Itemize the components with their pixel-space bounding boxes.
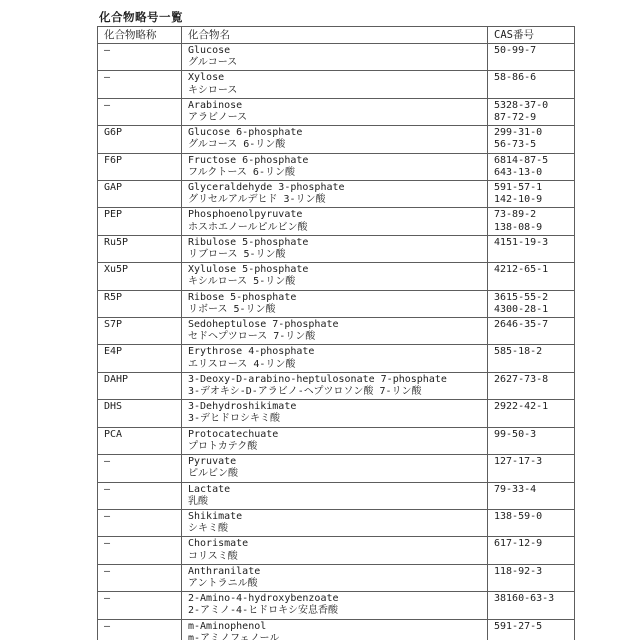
compound-name-cell: Ribulose 5-phosphateリブロース 5-リン酸 [182, 235, 488, 262]
compound-abbr-cell: DHS [98, 400, 182, 427]
compound-abbr-cell: F6P [98, 153, 182, 180]
table-row: GAPGlyceraldehyde 3-phosphateグリセルアルデヒド 3… [98, 181, 575, 208]
compound-table: 化合物略称 化合物名 CAS番号 —Glucoseグルコース50-99-7—Xy… [97, 26, 575, 640]
cas-number-cell: 591-27-5 [488, 619, 575, 640]
compound-abbr-cell: — [98, 509, 182, 536]
compound-name-ja: ピルビン酸 [188, 468, 482, 480]
compound-name-cell: Fructose 6-phosphateフルクトース 6-リン酸 [182, 153, 488, 180]
compound-name-cell: Anthranilateアントラニル酸 [182, 564, 488, 591]
cas-number: 6814-87-5 [494, 155, 569, 167]
compound-name-en: Anthranilate [188, 566, 482, 578]
cas-number: 4151-19-3 [494, 237, 569, 249]
compound-name-cell: 3-Deoxy-D-arabino-heptulosonate 7-phosph… [182, 372, 488, 399]
compound-name-en: 2-Amino-4-hydroxybenzoate [188, 593, 482, 605]
compound-name-ja: リボース 5-リン酸 [188, 304, 482, 316]
compound-name-cell: Chorismateコリスミ酸 [182, 537, 488, 564]
compound-name-ja: グリセルアルデヒド 3-リン酸 [188, 194, 482, 206]
compound-name-cell: Glyceraldehyde 3-phosphateグリセルアルデヒド 3-リン… [182, 181, 488, 208]
cas-number: 138-08-9 [494, 222, 569, 234]
table-row: —2-Amino-4-hydroxybenzoate2-アミノ-4-ヒドロキシ安… [98, 592, 575, 619]
cas-number-cell: 73-89-2138-08-9 [488, 208, 575, 235]
cas-number: 591-57-1 [494, 182, 569, 194]
compound-name-cell: 2-Amino-4-hydroxybenzoate2-アミノ-4-ヒドロキシ安息… [182, 592, 488, 619]
cas-number: 79-33-4 [494, 484, 569, 496]
compound-name-ja: ホスホエノールピルビン酸 [188, 222, 482, 234]
cas-number: 38160-63-3 [494, 593, 569, 605]
table-row: —Shikimateシキミ酸138-59-0 [98, 509, 575, 536]
cas-number: 617-12-9 [494, 538, 569, 550]
cas-number-cell: 591-57-1142-10-9 [488, 181, 575, 208]
cas-number: 299-31-0 [494, 127, 569, 139]
cas-number-cell: 50-99-7 [488, 44, 575, 71]
compound-name-en: Glucose [188, 45, 482, 57]
compound-name-en: Ribulose 5-phosphate [188, 237, 482, 249]
table-row: —Anthranilateアントラニル酸118-92-3 [98, 564, 575, 591]
compound-name-ja: リブロース 5-リン酸 [188, 249, 482, 261]
compound-abbr-cell: — [98, 619, 182, 640]
compound-name-ja: 乳酸 [188, 496, 482, 508]
compound-abbr-cell: — [98, 71, 182, 98]
table-row: E4PErythrose 4-phosphateエリスロース 4-リン酸585-… [98, 345, 575, 372]
compound-abbr-cell: — [98, 98, 182, 125]
compound-abbr-cell: Ru5P [98, 235, 182, 262]
cas-number: 73-89-2 [494, 209, 569, 221]
compound-abbr-cell: S7P [98, 318, 182, 345]
cas-number: 87-72-9 [494, 112, 569, 124]
compound-name-ja: シキミ酸 [188, 523, 482, 535]
cas-number: 127-17-3 [494, 456, 569, 468]
cas-number: 99-50-3 [494, 429, 569, 441]
compound-abbr-cell: R5P [98, 290, 182, 317]
cas-number-cell: 2922-42-1 [488, 400, 575, 427]
page-title: 化合物略号一覧 [99, 9, 183, 25]
compound-abbr-cell: PCA [98, 427, 182, 454]
compound-abbr-cell: DAHP [98, 372, 182, 399]
cas-number-cell: 118-92-3 [488, 564, 575, 591]
compound-abbr-cell: E4P [98, 345, 182, 372]
compound-name-en: 3-Dehydroshikimate [188, 401, 482, 413]
compound-name-ja: 3-デヒドロシキミ酸 [188, 413, 482, 425]
compound-abbr-cell: PEP [98, 208, 182, 235]
compound-abbr-cell: — [98, 564, 182, 591]
compound-name-cell: Pyruvateピルビン酸 [182, 455, 488, 482]
table-row: R5PRibose 5-phosphateリボース 5-リン酸3615-55-2… [98, 290, 575, 317]
cas-number: 2922-42-1 [494, 401, 569, 413]
compound-name-cell: Xyloseキシロース [182, 71, 488, 98]
compound-name-en: Chorismate [188, 538, 482, 550]
compound-name-cell: Shikimateシキミ酸 [182, 509, 488, 536]
compound-name-en: Lactate [188, 484, 482, 496]
cas-number-cell: 58-86-6 [488, 71, 575, 98]
table-row: Ru5PRibulose 5-phosphateリブロース 5-リン酸4151-… [98, 235, 575, 262]
table-body: —Glucoseグルコース50-99-7—Xyloseキシロース58-86-6—… [98, 44, 575, 640]
compound-abbr-cell: G6P [98, 126, 182, 153]
table-row: DHS3-Dehydroshikimate3-デヒドロシキミ酸2922-42-1 [98, 400, 575, 427]
compound-name-en: Ribose 5-phosphate [188, 292, 482, 304]
compound-name-ja: m-アミノフェノール [188, 633, 482, 640]
cas-number: 2627-73-8 [494, 374, 569, 386]
cas-number-cell: 585-18-2 [488, 345, 575, 372]
compound-name-en: Glyceraldehyde 3-phosphate [188, 182, 482, 194]
table-header-row: 化合物略称 化合物名 CAS番号 [98, 27, 575, 44]
compound-name-ja: フルクトース 6-リン酸 [188, 167, 482, 179]
cas-number-cell: 99-50-3 [488, 427, 575, 454]
compound-name-en: Protocatechuate [188, 429, 482, 441]
compound-name-ja: プロトカテク酸 [188, 441, 482, 453]
compound-name-ja: セドヘプツロース 7-リン酸 [188, 331, 482, 343]
compound-abbr-cell: GAP [98, 181, 182, 208]
compound-name-cell: Glucoseグルコース [182, 44, 488, 71]
table-row: —Chorismateコリスミ酸617-12-9 [98, 537, 575, 564]
table-row: F6PFructose 6-phosphateフルクトース 6-リン酸6814-… [98, 153, 575, 180]
compound-name-en: Glucose 6-phosphate [188, 127, 482, 139]
compound-name-en: Phosphoenolpyruvate [188, 209, 482, 221]
compound-name-en: 3-Deoxy-D-arabino-heptulosonate 7-phosph… [188, 374, 482, 386]
cas-number: 643-13-0 [494, 167, 569, 179]
table-row: —Arabinoseアラビノース5328-37-087-72-9 [98, 98, 575, 125]
compound-name-cell: Xylulose 5-phosphateキシルロース 5-リン酸 [182, 263, 488, 290]
cas-number-cell: 2627-73-8 [488, 372, 575, 399]
compound-name-en: Erythrose 4-phosphate [188, 346, 482, 358]
cas-number-cell: 617-12-9 [488, 537, 575, 564]
compound-abbr-cell: — [98, 592, 182, 619]
cas-number: 585-18-2 [494, 346, 569, 358]
cas-number-cell: 79-33-4 [488, 482, 575, 509]
cas-number-cell: 5328-37-087-72-9 [488, 98, 575, 125]
compound-abbr-cell: — [98, 537, 182, 564]
compound-name-cell: m-Aminophenolm-アミノフェノール [182, 619, 488, 640]
compound-name-cell: Sedoheptulose 7-phosphateセドヘプツロース 7-リン酸 [182, 318, 488, 345]
cas-number-cell: 38160-63-3 [488, 592, 575, 619]
compound-name-ja: グルコース [188, 57, 482, 69]
cas-number-cell: 4151-19-3 [488, 235, 575, 262]
compound-name-en: Shikimate [188, 511, 482, 523]
compound-name-cell: Phosphoenolpyruvateホスホエノールピルビン酸 [182, 208, 488, 235]
table-row: —Lactate乳酸79-33-4 [98, 482, 575, 509]
cas-number: 2646-35-7 [494, 319, 569, 331]
table-row: Xu5PXylulose 5-phosphateキシルロース 5-リン酸4212… [98, 263, 575, 290]
compound-name-en: Arabinose [188, 100, 482, 112]
cas-number-cell: 127-17-3 [488, 455, 575, 482]
compound-name-en: Fructose 6-phosphate [188, 155, 482, 167]
table-row: G6PGlucose 6-phosphateグルコース 6-リン酸299-31-… [98, 126, 575, 153]
compound-name-cell: Arabinoseアラビノース [182, 98, 488, 125]
compound-name-cell: Erythrose 4-phosphateエリスロース 4-リン酸 [182, 345, 488, 372]
table-row: DAHP3-Deoxy-D-arabino-heptulosonate 7-ph… [98, 372, 575, 399]
compound-name-en: Pyruvate [188, 456, 482, 468]
compound-name-ja: 3-デオキシ-D-アラビノ-ヘプツロソン酸 7-リン酸 [188, 386, 482, 398]
table-row: —Xyloseキシロース58-86-6 [98, 71, 575, 98]
compound-abbr-cell: — [98, 455, 182, 482]
cas-number-cell: 6814-87-5643-13-0 [488, 153, 575, 180]
cas-number-cell: 299-31-056-73-5 [488, 126, 575, 153]
table-row: S7PSedoheptulose 7-phosphateセドヘプツロース 7-リ… [98, 318, 575, 345]
cas-number: 3615-55-2 [494, 292, 569, 304]
compound-name-en: Xylose [188, 72, 482, 84]
compound-abbr-cell: Xu5P [98, 263, 182, 290]
cas-number: 4300-28-1 [494, 304, 569, 316]
table-row: —Glucoseグルコース50-99-7 [98, 44, 575, 71]
header-compound-name: 化合物名 [182, 27, 488, 44]
header-cas-number: CAS番号 [488, 27, 575, 44]
compound-abbr-cell: — [98, 44, 182, 71]
cas-number-cell: 2646-35-7 [488, 318, 575, 345]
compound-name-en: m-Aminophenol [188, 621, 482, 633]
cas-number: 142-10-9 [494, 194, 569, 206]
table-row: —Pyruvateピルビン酸127-17-3 [98, 455, 575, 482]
compound-name-ja: コリスミ酸 [188, 551, 482, 563]
compound-name-cell: Lactate乳酸 [182, 482, 488, 509]
cas-number: 591-27-5 [494, 621, 569, 633]
cas-number-cell: 4212-65-1 [488, 263, 575, 290]
compound-name-ja: 2-アミノ-4-ヒドロキシ安息香酸 [188, 605, 482, 617]
compound-name-ja: アントラニル酸 [188, 578, 482, 590]
compound-name-cell: Glucose 6-phosphateグルコース 6-リン酸 [182, 126, 488, 153]
cas-number: 50-99-7 [494, 45, 569, 57]
cas-number-cell: 3615-55-24300-28-1 [488, 290, 575, 317]
compound-name-cell: Protocatechuateプロトカテク酸 [182, 427, 488, 454]
compound-name-ja: キシルロース 5-リン酸 [188, 276, 482, 288]
document-page: 化合物略号一覧 化合物略称 化合物名 CAS番号 —Glucoseグルコース50… [0, 0, 640, 640]
cas-number: 5328-37-0 [494, 100, 569, 112]
cas-number: 58-86-6 [494, 72, 569, 84]
cas-number: 118-92-3 [494, 566, 569, 578]
table-row: PEPPhosphoenolpyruvateホスホエノールピルビン酸73-89-… [98, 208, 575, 235]
table-row: PCAProtocatechuateプロトカテク酸99-50-3 [98, 427, 575, 454]
compound-name-ja: グルコース 6-リン酸 [188, 139, 482, 151]
compound-name-ja: キシロース [188, 85, 482, 97]
compound-name-cell: Ribose 5-phosphateリボース 5-リン酸 [182, 290, 488, 317]
table-row: —m-Aminophenolm-アミノフェノール591-27-5 [98, 619, 575, 640]
compound-name-en: Xylulose 5-phosphate [188, 264, 482, 276]
cas-number: 138-59-0 [494, 511, 569, 523]
compound-name-en: Sedoheptulose 7-phosphate [188, 319, 482, 331]
cas-number: 56-73-5 [494, 139, 569, 151]
compound-abbr-cell: — [98, 482, 182, 509]
compound-name-ja: エリスロース 4-リン酸 [188, 359, 482, 371]
cas-number: 4212-65-1 [494, 264, 569, 276]
compound-name-cell: 3-Dehydroshikimate3-デヒドロシキミ酸 [182, 400, 488, 427]
cas-number-cell: 138-59-0 [488, 509, 575, 536]
compound-name-ja: アラビノース [188, 112, 482, 124]
header-compound-abbr: 化合物略称 [98, 27, 182, 44]
